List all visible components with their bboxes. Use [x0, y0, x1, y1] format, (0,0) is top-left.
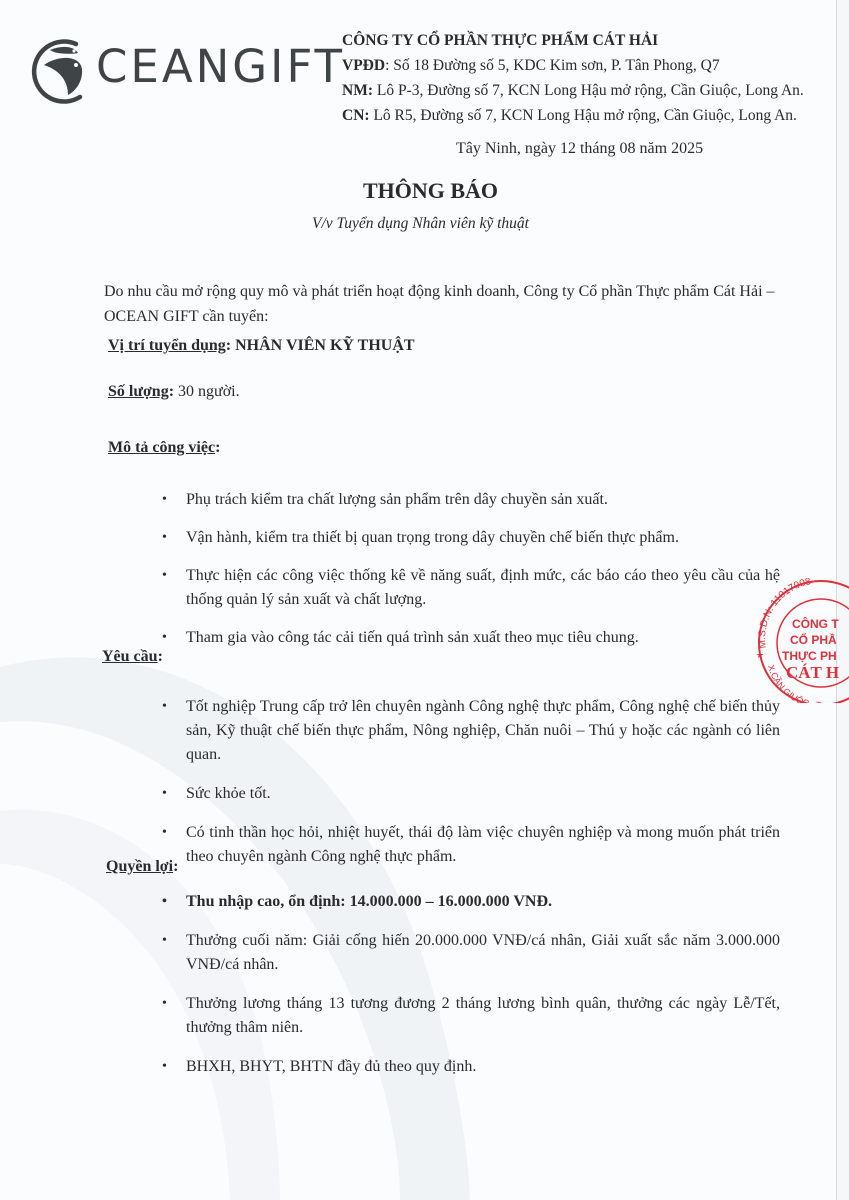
requirements-list: Tốt nghiệp Trung cấp trở lên chuyên ngàn… [160, 695, 780, 884]
stamp-seal-icon: M.S.D.N: 11017908 X.CẦN GIUỘC - T. ★ CÔN… [746, 578, 849, 703]
requirements-heading: Yêu cầu: [102, 648, 163, 666]
benefit-item: Thưởng cuối năm: Giải cống hiến 20.000.0… [160, 929, 780, 977]
job-description-item: Vận hành, kiểm tra thiết bị quan trọng t… [160, 526, 780, 550]
address-branch: CN: Lô R5, Đường số 7, KCN Long Hậu mở r… [342, 103, 804, 128]
date-line: Tây Ninh, ngày 12 tháng 08 năm 2025 [456, 140, 703, 158]
intro-paragraph: Do nhu cầu mở rộng quy mô và phát triển … [104, 279, 794, 329]
svg-text:CÔNG T: CÔNG T [792, 616, 839, 631]
position-label: Vị trí tuyển dụng [108, 337, 226, 354]
company-name: CÔNG TY CỔ PHẦN THỰC PHẨM CÁT HẢI [342, 28, 804, 53]
position-value: NHÂN VIÊN KỸ THUẬT [235, 337, 414, 354]
benefit-item: BHXH, BHYT, BHTN đầy đủ theo quy định. [160, 1055, 780, 1079]
document-page: CEANGIFT CÔNG TY CỔ PHẦN THỰC PHẨM CÁT H… [0, 0, 849, 1200]
quantity-label: Số lượng [108, 383, 169, 400]
requirement-item: Sức khỏe tốt. [160, 782, 780, 806]
svg-text:THỰC PH: THỰC PH [782, 649, 837, 663]
job-description-label: Mô tả công việc [108, 439, 215, 456]
fish-logo-icon [28, 35, 98, 105]
svg-text:CÁT H: CÁT H [786, 663, 839, 682]
svg-text:★: ★ [756, 650, 764, 660]
benefit-item: Thu nhập cao, ổn định: 14.000.000 – 16.0… [160, 890, 780, 914]
company-stamp: M.S.D.N: 11017908 X.CẦN GIUỘC - T. ★ CÔN… [746, 578, 849, 703]
position-line: Vị trí tuyển dụng: NHÂN VIÊN KỸ THUẬT [108, 337, 415, 355]
benefit-item: Thưởng lương tháng 13 tương đương 2 thán… [160, 992, 780, 1040]
requirement-item: Tốt nghiệp Trung cấp trở lên chuyên ngàn… [160, 695, 780, 767]
quantity-line: Số lượng: 30 người. [108, 383, 240, 401]
quantity-value: 30 người. [178, 383, 240, 400]
job-description-item: Phụ trách kiểm tra chất lượng sản phẩm t… [160, 488, 780, 512]
document-subtitle: V/v Tuyển dụng Nhân viên kỹ thuật [312, 215, 529, 233]
requirements-label: Yêu cầu [102, 648, 158, 665]
svg-text:CỔ PHẦ: CỔ PHẦ [790, 632, 837, 647]
job-description-item: Thực hiện các công việc thống kê về năng… [160, 564, 780, 612]
benefits-heading: Quyền lợi: [106, 858, 178, 876]
job-description-item: Tham gia vào công tác cải tiến quá trình… [160, 626, 780, 650]
job-description-list: Phụ trách kiểm tra chất lượng sản phẩm t… [160, 488, 780, 664]
job-description-heading: Mô tả công việc: [108, 439, 220, 457]
company-info: CÔNG TY CỔ PHẦN THỰC PHẨM CÁT HẢI VPĐD: … [342, 28, 804, 128]
benefits-list: Thu nhập cao, ổn định: 14.000.000 – 16.0… [160, 890, 780, 1094]
document-title: THÔNG BÁO [0, 178, 849, 204]
address-factory: NM: Lô P-3, Đường số 7, KCN Long Hậu mở … [342, 78, 804, 103]
address-office: VPĐD: Số 18 Đường số 5, KDC Kim sơn, P. … [342, 53, 804, 78]
oceangift-logo: CEANGIFT [28, 35, 318, 105]
benefits-label: Quyền lợi [106, 858, 173, 875]
logo-text: CEANGIFT [96, 44, 345, 89]
requirement-item: Có tinh thần học hỏi, nhiệt huyết, thái … [160, 821, 780, 869]
